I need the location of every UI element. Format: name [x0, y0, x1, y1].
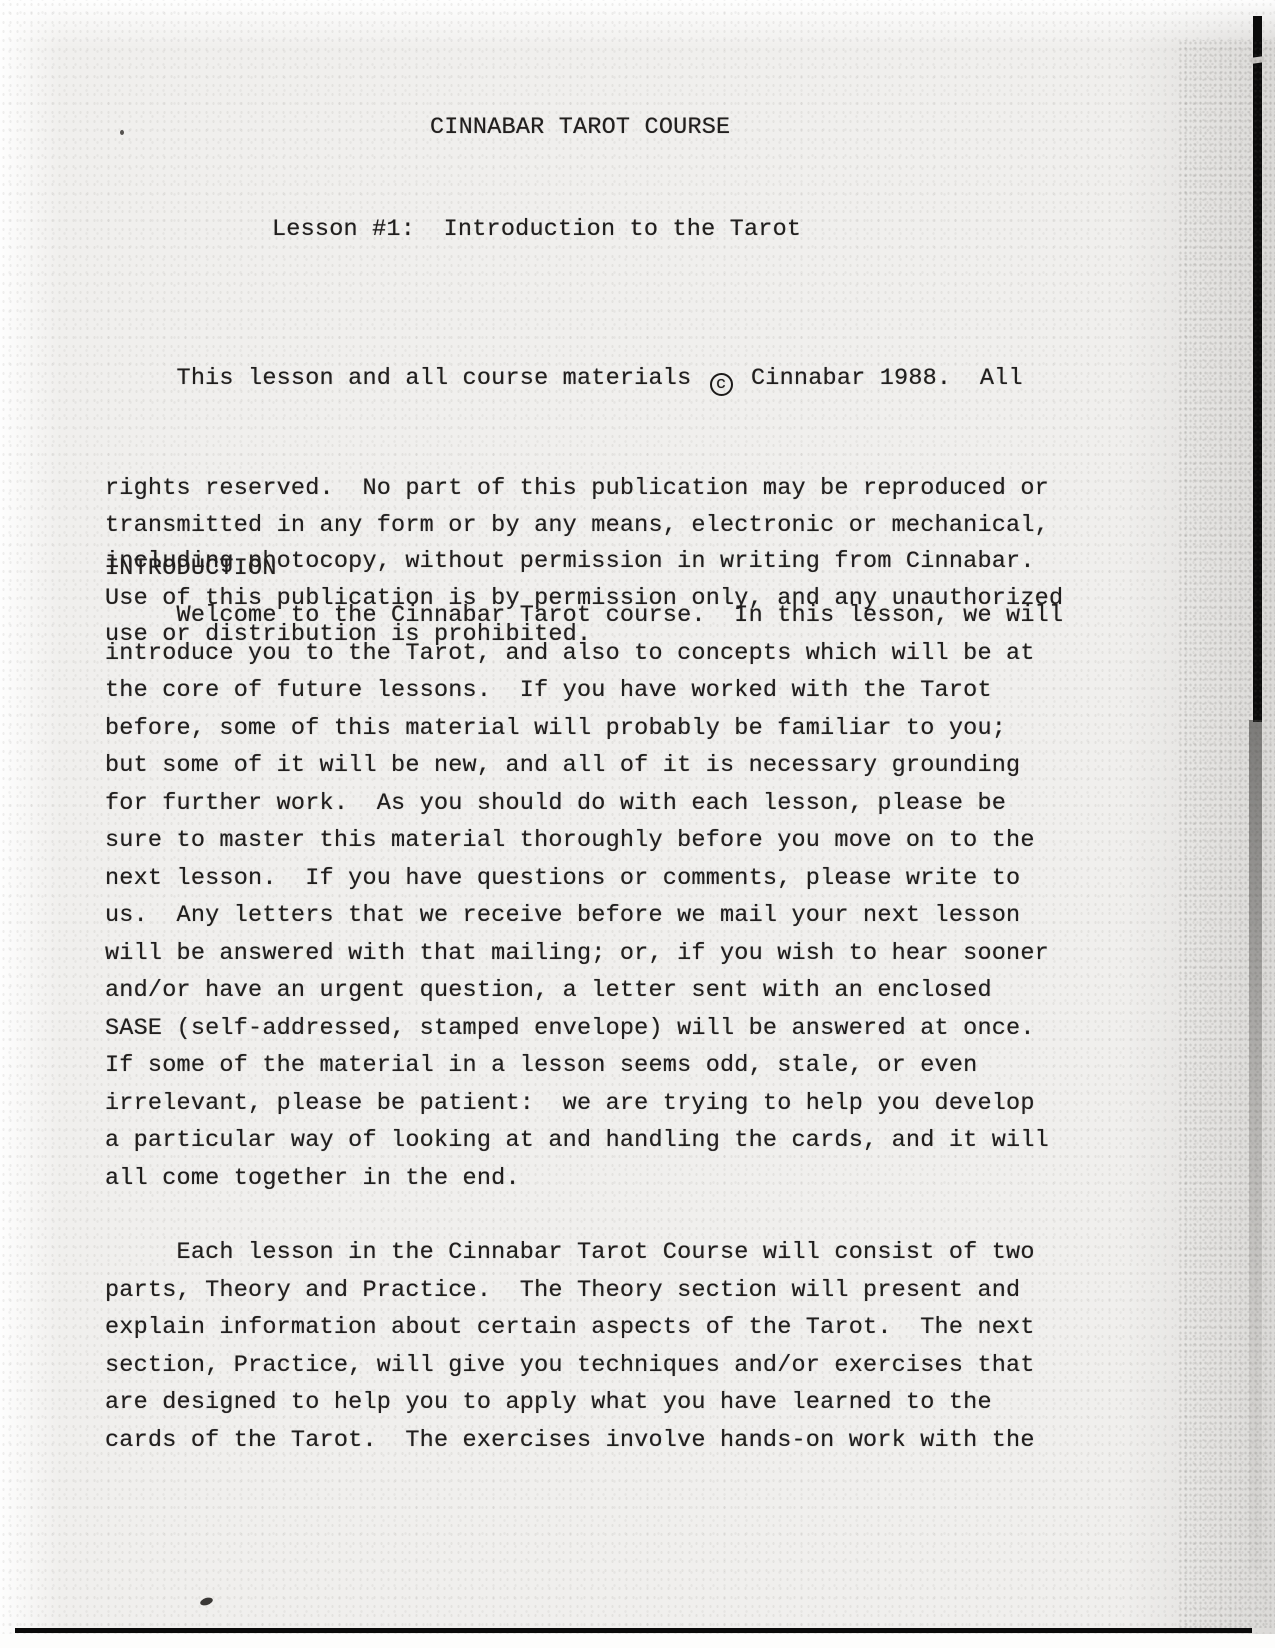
section-heading-introduction: INTRODUCTION: [105, 550, 277, 588]
copyright-symbol-icon: c: [710, 373, 733, 396]
ink-speck: [120, 130, 124, 135]
copyright-text-before: This lesson and all course materials: [105, 365, 706, 392]
scan-bottom-margin: [0, 1634, 1275, 1648]
lesson-structure-paragraph: Each lesson in the Cinnabar Tarot Course…: [105, 1234, 1035, 1459]
introduction-paragraph: Welcome to the Cinnabar Tarot course. In…: [105, 597, 1063, 1197]
scanned-document-page: CINNABAR TAROT COURSE Lesson #1: Introdu…: [0, 0, 1275, 1648]
document-title: CINNABAR TAROT COURSE: [430, 109, 730, 147]
copyright-line-1: This lesson and all course materials c C…: [105, 361, 1063, 398]
scan-bottom-line: [15, 1628, 1252, 1633]
lesson-heading: Lesson #1: Introduction to the Tarot: [272, 211, 801, 249]
scan-noise-strip: [1178, 40, 1275, 1628]
copyright-text-after: Cinnabar 1988. All: [737, 365, 1023, 392]
ink-speck: [199, 1596, 214, 1607]
